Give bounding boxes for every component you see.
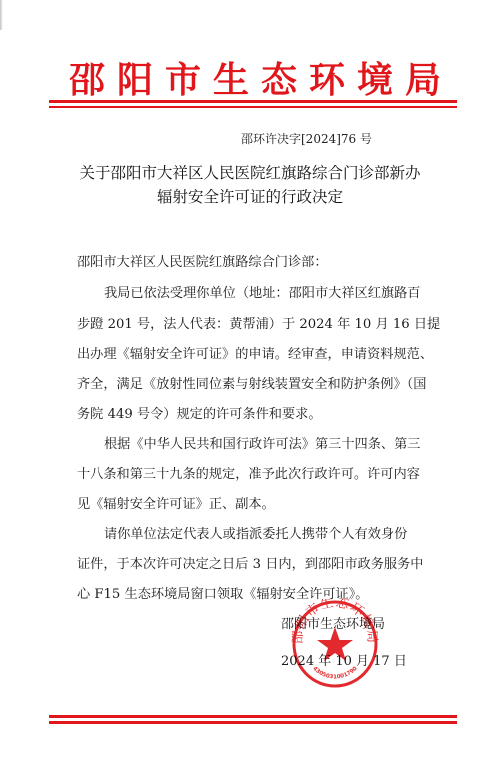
paragraph-line: 齐全，满足《放射性同位素与射线装置安全和防护条例》（国 xyxy=(77,372,426,397)
signature-date: 2024 年 10 月 17 日 xyxy=(281,653,407,671)
paragraph-line: 请你单位法定代表人或指派委托人携带个人有效身份 xyxy=(104,522,407,547)
salutation: 邵阳市大祥区人民医院红旗路综合门诊部： xyxy=(77,250,422,275)
paragraph-line: 我局已依法受理你单位（地址：邵阳市大祥区红旗路百 xyxy=(104,281,421,306)
paragraph-line: 见《辐射安全许可证》正、副本。 xyxy=(77,492,275,517)
paragraph-line: 证件，于本次许可决定之日后 3 日内，到邵阳市政务服务中 xyxy=(77,552,423,577)
letterhead-title: 邵阳市生态环境局 xyxy=(49,60,465,100)
paragraph-line: 步蹬 201 号，法人代表：黄帮浦）于 2024 年 10 月 16 日提 xyxy=(77,312,440,337)
scan-edge-shadow xyxy=(0,0,3,30)
letterhead-rule-thick xyxy=(49,100,457,103)
letterhead-rule-thin xyxy=(49,106,457,108)
footer-rule-bottom xyxy=(49,721,457,724)
document-number: 邵环许决字[2024]76 号 xyxy=(241,131,372,147)
paragraph-line: 根据《中华人民共和国行政许可法》第三十四条、第三 xyxy=(104,432,421,457)
paragraph-line: 出办理《辐射安全许可证》的申请。经审查，申请资料规范、 xyxy=(77,342,433,367)
paragraph-line: 十八条和第三十九条的规定，准予此次行政许可。许可内容 xyxy=(77,462,420,487)
document-page: 邵阳市生态环境局 邵环许决字[2024]76 号 关于邵阳市大祥区人民医院红旗路… xyxy=(0,0,500,770)
footer-rule-top xyxy=(49,715,457,718)
document-title-line-2: 辐射安全许可证的行政决定 xyxy=(50,187,450,207)
document-title-line-1: 关于邵阳市大祥区人民医院红旗路综合门诊部新办 xyxy=(50,163,450,183)
paragraph-line: 务院 449 号令）规定的许可条件和要求。 xyxy=(77,402,322,427)
official-seal: 邵阳市生态环境局 4305031001790 xyxy=(290,599,380,689)
paragraph-line: 心 F15 生态环境局窗口领取《辐射安全许可证》。 xyxy=(77,582,368,607)
signature-organization: 邵阳市生态环境局 xyxy=(281,616,385,634)
